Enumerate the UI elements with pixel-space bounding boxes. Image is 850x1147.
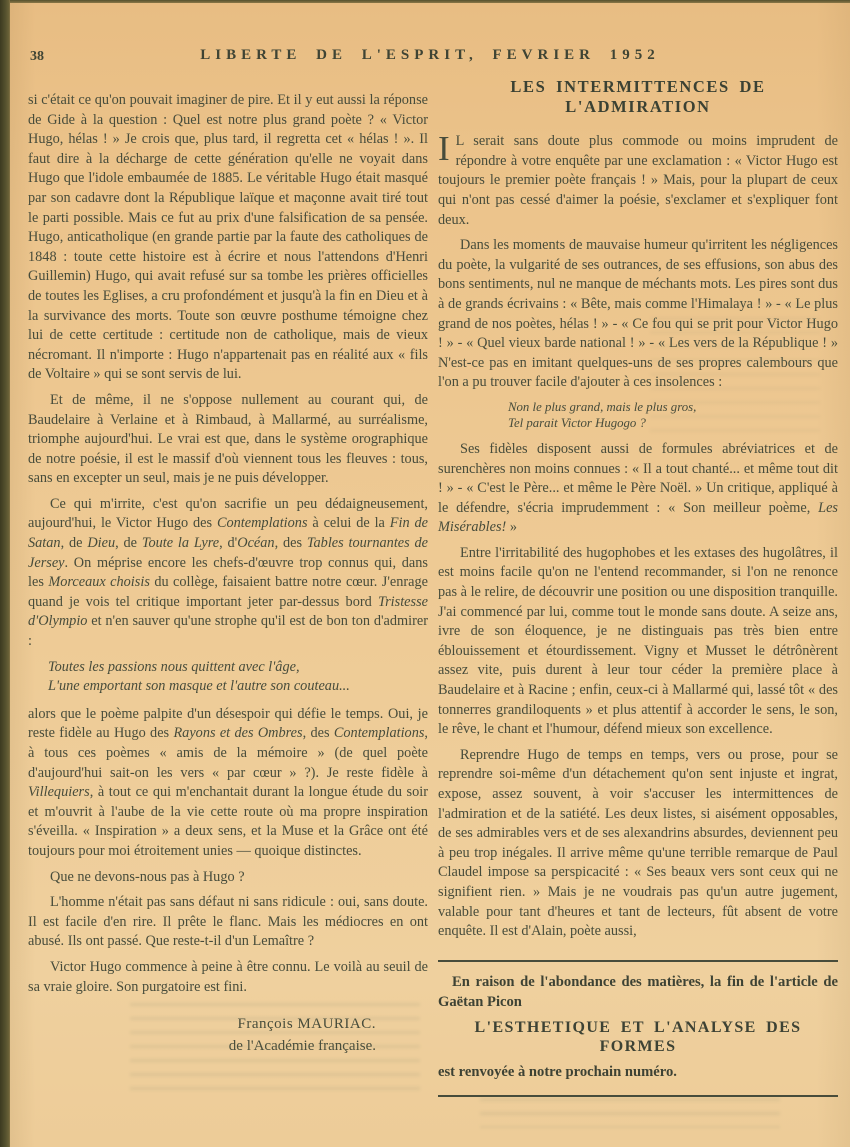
page-header: 38 LIBERTE DE L'ESPRIT, FEVRIER 1952: [10, 47, 850, 71]
article-title: LES INTERMITTENCES DE L'ADMIRATION: [438, 77, 838, 116]
page-number: 38: [30, 49, 44, 65]
right-column: LES INTERMITTENCES DE L'ADMIRATION IL se…: [438, 77, 838, 1097]
paragraph: Et de même, il ne s'oppose nullement au …: [28, 391, 428, 489]
paragraph: Ses fidèles disposent aussi de formules …: [438, 440, 838, 538]
article-body-left: si c'était ce qu'on pouvait imaginer de …: [28, 91, 428, 1057]
verse-quote: Non le plus grand, mais le plus gros,Tel…: [508, 399, 838, 432]
verse-quote: Toutes les passions nous quittent avec l…: [48, 658, 428, 697]
paragraph: IL serait sans doute plus commode ou moi…: [438, 132, 838, 230]
left-column: si c'était ce qu'on pouvait imaginer de …: [28, 91, 428, 1057]
paragraph: Reprendre Hugo de temps en temps, vers o…: [438, 746, 838, 942]
drop-cap: I: [438, 132, 456, 164]
paragraph: si c'était ce qu'on pouvait imaginer de …: [28, 91, 428, 385]
paragraph: Ce qui m'irrite, c'est qu'on sacrifie un…: [28, 495, 428, 652]
notice-continuation: est renvoyée à notre prochain numéro.: [438, 1063, 838, 1083]
article-body-right: IL serait sans doute plus commode ou moi…: [438, 132, 838, 942]
paragraph: Entre l'irritabilité des hugophobes et l…: [438, 544, 838, 740]
notice-text: En raison de l'abondance des matières, l…: [438, 972, 838, 1012]
paragraph: Que ne devons-nous pas à Hugo ?: [28, 868, 428, 888]
notice-article-title: L'ESTHETIQUE ET L'ANALYSE DES FORMES: [438, 1018, 838, 1057]
paragraph: Dans les moments de mauvaise humeur qu'i…: [438, 236, 838, 393]
binding-spine-shadow: [0, 0, 10, 1147]
verso-bleedthrough: [480, 1098, 780, 1128]
paragraph: L'homme n'était pas sans défaut ni sans …: [28, 893, 428, 952]
author-signature: François MAURIAC.de l'Académie française…: [28, 1013, 428, 1057]
magazine-page: 38 LIBERTE DE L'ESPRIT, FEVRIER 1952 si …: [10, 3, 850, 1147]
paragraph: alors que le poème palpite d'un désespoi…: [28, 705, 428, 862]
editorial-notice: En raison de l'abondance des matières, l…: [438, 960, 838, 1097]
journal-masthead: LIBERTE DE L'ESPRIT, FEVRIER 1952: [10, 47, 850, 64]
paragraph: Victor Hugo commence à peine à être conn…: [28, 958, 428, 997]
